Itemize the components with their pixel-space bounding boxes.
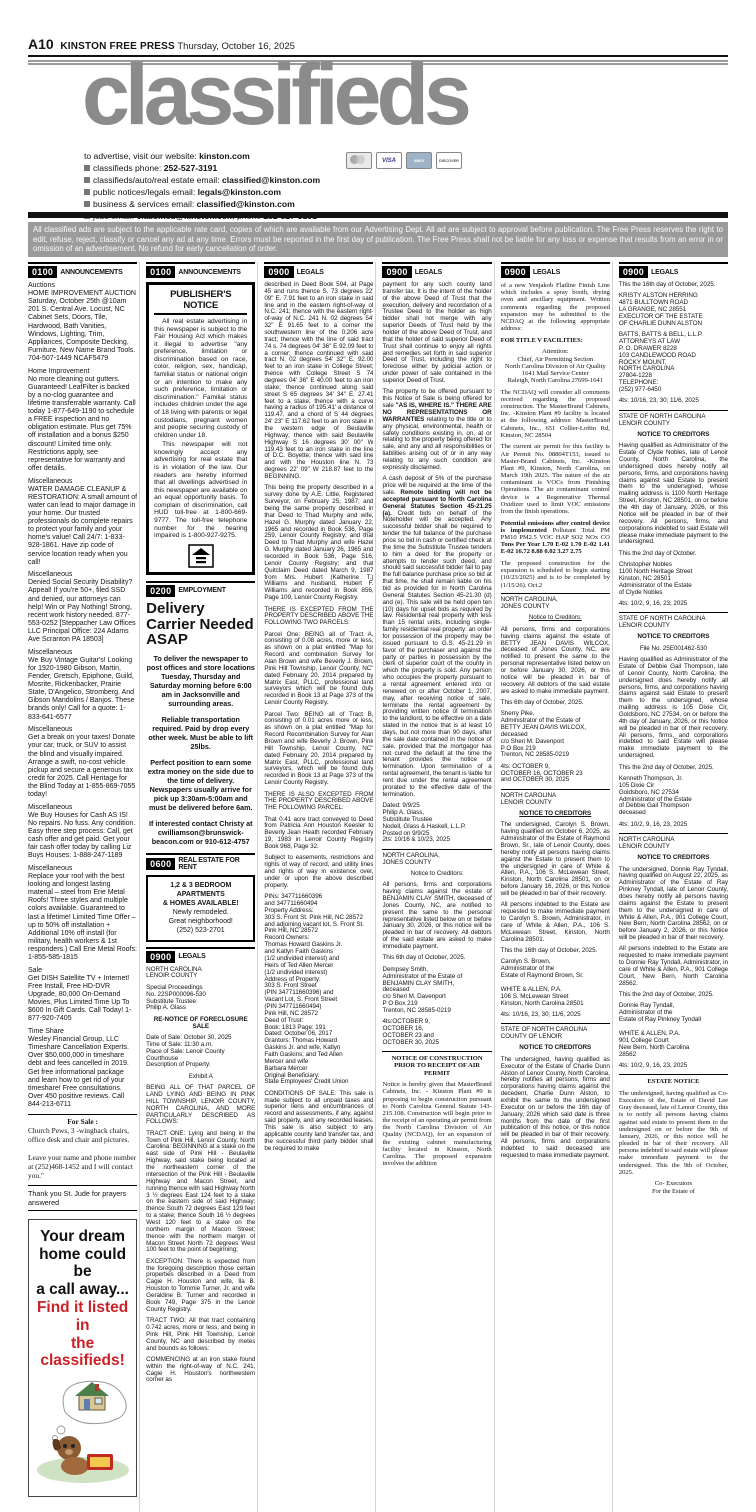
legal-notice-text: STATE OF NORTH CAROLINA LENOIR COUNTY: [619, 410, 728, 428]
section-label: REAL ESTATE FOR RENT: [178, 857, 255, 871]
classifieds-logo: classifieds: [82, 52, 467, 138]
classified-category: Miscellaneous: [28, 726, 137, 734]
classified-category: Auctions: [28, 282, 137, 290]
section-code: 0900: [146, 951, 175, 963]
legal-notice-text: Co- Executors For the Estate of: [619, 1180, 728, 1194]
classified-category: Miscellaneous: [28, 571, 137, 579]
classifieds-columns: 0100ANNOUNCEMENTSAuctionsHOME IMPROVEMEN…: [28, 262, 728, 1512]
divider-bar: [28, 212, 728, 218]
section-header-0100: 0100ANNOUNCEMENTS: [28, 262, 137, 278]
legal-notice-text: Attention: Chief, Air Permitting Section…: [501, 348, 610, 384]
legal-notice-text: TRACT ONE: Lying and being in the Town o…: [146, 1131, 255, 1254]
legal-notice-text: STATE OF NORTH CAROLINA COUNTY OF LENOIR: [501, 1023, 610, 1041]
legal-notice-text: payment for any such county land transfe…: [382, 282, 491, 385]
legal-notice-text: PINs: 347711660396 and 347711660494 Prop…: [264, 894, 373, 1086]
apartments-for-rent-ad: 1,2 & 3 BEDROOM APARTMENTS & HOMES AVAIL…: [146, 875, 255, 942]
classified-body: Get DISH Satellite TV + Internet! Free I…: [28, 975, 137, 1024]
legal-notice-text: ESTATE NOTICE: [619, 1074, 728, 1085]
legal-notice-text: 4ts: 10/16, 23, 30; 11/6, 2025: [501, 1012, 610, 1019]
discover-icon: DISCOVER: [436, 152, 462, 169]
legal-notice-text: BEING ALL OF THAT PARCEL OF LAND LYING A…: [146, 1085, 255, 1126]
column-3: 0900LEGALSdescribed in Deed Book 594, at…: [257, 262, 373, 1512]
amex-icon: AMEX: [406, 152, 432, 169]
legal-notice-text: NORTH CAROLINA LENOIR COUNTY: [619, 833, 728, 851]
legal-notice-text: RE-NOTICE OF FORECLOSURE SALE: [146, 1017, 255, 1031]
section-label: LEGALS: [297, 269, 324, 276]
legal-notice-text: Parcel One: BEING all of Tract A, consis…: [264, 632, 373, 707]
legal-notice-text: KRISTY ALSTON HERRING 4871 BULLTOWN ROAD…: [619, 293, 728, 327]
ad-policy-disclaimer: All classified ads are subject to the ap…: [28, 222, 728, 257]
classified-ad: Time ShareWesley Financial Group, LLC Ti…: [28, 1028, 137, 1109]
classified-ad: MiscellaneousWATER DAMAGE CLEANUP & REST…: [28, 478, 137, 567]
legal-notice-text: of a new Venjakob Flatline Finish Line w…: [501, 282, 610, 332]
legal-notice-text: The undersigned, Donnie Ray Tyndall, hav…: [619, 867, 728, 942]
legal-notice-text: STATE OF NORTH CAROLINA LENOIR COUNTY: [619, 612, 728, 630]
for-sale-title: For Sale :: [28, 1118, 137, 1127]
legal-notice-text: The current air permit for this facility…: [501, 443, 610, 515]
legal-notice-text: Dempsey Smith, Administrator of the Esta…: [382, 967, 491, 1015]
classified-ad: MiscellaneousWe Buy Vintage Guitar's! Lo…: [28, 649, 137, 722]
legal-notice-text: TRACT TWO: All that tract containing 0.7…: [146, 1318, 255, 1352]
section-header-0900: 0900LEGALS: [382, 262, 491, 278]
legal-notice-text: NORTH CAROLINA LENOIR COUNTY: [146, 967, 255, 981]
section-label: EMPLOYMENT: [178, 587, 225, 594]
legal-notice-text: Date of Sale: October 30, 2025 Time of S…: [146, 1035, 255, 1069]
legal-notice-text: This the 16th day of October, 2025.: [501, 948, 610, 955]
section-code: 0900: [264, 266, 293, 278]
dream-home-house-ad: Your dreamhome could bea call away...Fin…: [28, 1219, 137, 1497]
legal-notice-text: All persons indebted to the Estate are r…: [619, 946, 728, 987]
legal-notice-text: This 6th day of October, 2025.: [382, 955, 491, 962]
legal-notice-text: This the 2nd day of October, 2025.: [619, 765, 728, 772]
column-6: 0900LEGALSThis the 16th day of October, …: [612, 262, 728, 1512]
classified-body: We Buy Houses for Cash AS IS! No repairs…: [28, 812, 137, 861]
bullet-icon: [84, 177, 90, 183]
classified-category: Sale: [28, 967, 137, 975]
contact-line: business & services email: classified@ki…: [84, 198, 320, 210]
legal-notice-text: Subject to easements, restrictions and r…: [264, 855, 373, 889]
visa-icon: VISA: [376, 152, 402, 169]
section-code: 0200: [146, 585, 175, 597]
section-header-0900: 0900LEGALS: [501, 262, 610, 278]
section-code: 0900: [382, 266, 411, 278]
classified-ad: AuctionsHOME IMPROVEMENT AUCTION Saturda…: [28, 282, 137, 363]
legal-notice-text: NORTH CAROLINA LENOIR COUNTY: [501, 789, 610, 807]
legal-notice-text: THERE IS ALSO EXCEPTED FROM THE PROPERTY…: [264, 792, 373, 813]
legal-notice-text: BATTS, BATTS & BELL, L.L.P. ATTORNEYS AT…: [619, 332, 728, 394]
legal-notice-text: Notice is hereby given that MasterBrand …: [382, 1081, 491, 1167]
legal-notice-text: All persons, firms and corporations havi…: [501, 627, 610, 696]
classified-category: Time Share: [28, 1028, 137, 1036]
newspaper-page: A10 KINSTON FREE PRESS Thursday, October…: [0, 0, 756, 1512]
column-2: 0100ANNOUNCEMENTSPUBLISHER'S NOTICEAll r…: [139, 262, 255, 1512]
section-header-0900: 0900LEGALS: [146, 947, 255, 963]
legal-notice-text: 4ts: 10/2, 9, 16, 23, 2025: [619, 1063, 728, 1070]
section-label: ANNOUNCEMENTS: [178, 269, 240, 276]
payment-card-icons: VISAAMEXDISCOVER: [346, 152, 462, 169]
classified-body: WATER DAMAGE CLEANUP & RESTORATION: A sm…: [28, 486, 137, 567]
legal-notice-text: NOTICE TO CREDITORS: [501, 1045, 610, 1052]
section-code: 0600: [146, 858, 175, 870]
legal-notice-text: Potential emissions after control device…: [501, 520, 610, 556]
section-label: LEGALS: [415, 269, 442, 276]
classified-ad: MiscellaneousReplace your roof with the …: [28, 865, 137, 962]
legal-notice-text: NORTH CAROLINA, JONES COUNTY: [501, 593, 610, 611]
for-sale-body: Church Pews, 3 -wingback chairs, office …: [28, 1127, 137, 1180]
legal-notice-text: THERE IS EXCEPTED FROM THE PROPERTY DESC…: [264, 607, 373, 628]
legal-notice-text: FOR TITLE V FACILITIES:: [501, 337, 610, 344]
classified-body: We Buy Vintage Guitar's! Looking for 192…: [28, 657, 137, 722]
classified-ad: MiscellaneousDenied Social Security Disa…: [28, 571, 137, 644]
dream-ad-line: Your dream: [33, 1228, 132, 1246]
legal-notice-text: The property to be offered pursuant to t…: [382, 389, 491, 471]
legal-notice-text: 4ts:OCTOBER 9, OCTOBER 16, OCTOBER 23 an…: [382, 1019, 491, 1046]
legal-notice-text: Parcel Two: BEING all of Tract B, consis…: [264, 712, 373, 787]
legal-notice-text: COMMENCING at an iron stake found within…: [146, 1357, 255, 1384]
section-code: 0100: [146, 266, 175, 278]
legal-notice-text: A cash deposit of 5% of the purchase pri…: [382, 476, 491, 798]
legal-notice-text: Donnie Ray Tyndall, Administrator of the…: [619, 1003, 728, 1058]
dream-ad-line: Find it listed in: [33, 1299, 132, 1335]
legal-notice-text: CONDITIONS OF SALE: This sale is made su…: [264, 1091, 373, 1153]
legal-notice-text: NOTICE TO CREDITORS: [619, 634, 728, 641]
classified-body: Replace your roof with the best looking …: [28, 873, 137, 962]
contact-line: public notices/legals email: legals@kins…: [84, 186, 320, 198]
classified-ad: MiscellaneousGet a break on your taxes! …: [28, 726, 137, 799]
legal-notice-text: This the 2nd day of October.: [619, 551, 728, 558]
classified-ad: SaleGet DISH Satellite TV + Internet! Fr…: [28, 967, 137, 1024]
section-label: LEGALS: [178, 953, 205, 960]
legal-notice-text: Special Proceedings No. 22SP000096-530 S…: [146, 985, 255, 1012]
legal-notice-text: Christopher Nobles 1100 North Heritage S…: [619, 562, 728, 596]
legal-notice-text: The undersigned, having qualified as Exe…: [501, 1057, 610, 1160]
legal-notice-text: The undersigned, Carolyn S. Brown, havin…: [501, 822, 610, 897]
legal-notice-text: Notice to Creditors:: [382, 871, 491, 878]
publishers-notice: PUBLISHER'S NOTICEAll real estate advert…: [146, 282, 255, 575]
legal-notice-text: All persons, firms and corporations havi…: [382, 882, 491, 951]
section-label: LEGALS: [533, 269, 560, 276]
classified-body: No more cleaning out gutters. Guaranteed…: [28, 376, 137, 473]
legal-notice-text: Having qualified as Administrator of the…: [619, 443, 728, 546]
legal-notice-text: NOTICE TO CREDITORS: [619, 432, 728, 439]
classified-category: Miscellaneous: [28, 865, 137, 873]
classified-ad: Home ImprovementNo more cleaning out gut…: [28, 368, 137, 473]
legal-notice-text: The proposed construction for the expans…: [501, 560, 610, 589]
dream-ad-line: the classifieds!: [33, 1335, 132, 1371]
equal-housing-icon: [188, 544, 214, 568]
legal-notice-text: described in Deed Book 594, at Page 45 a…: [264, 282, 373, 481]
legal-notice-text: Having qualified as Administrator of the…: [619, 657, 728, 760]
classified-category: Miscellaneous: [28, 649, 137, 657]
legal-notice-text: Notice to Creditors:: [501, 615, 610, 622]
legal-notice-text: Exhibit A: [146, 1074, 255, 1081]
bullet-icon: [84, 201, 90, 207]
legal-notice-text: Carolyn S. Brown, Administrator of the E…: [501, 959, 610, 1007]
contact-line: classifieds phone: 252-527-3191: [84, 162, 320, 174]
legal-notice-text: NOTICE TO CREDITORS: [501, 811, 610, 818]
legal-notice-text: 4ts: 10/2, 9, 16, 23, 2025: [619, 601, 728, 608]
for-sale-ad: For Sale :Church Pews, 3 -wingback chair…: [28, 1114, 137, 1181]
legal-notice-text: All persons indebted to the Estate are r…: [501, 902, 610, 943]
legal-notice-text: This 6th day of October, 2025.: [501, 700, 610, 707]
contact-line: classifieds/auto/real estate email: clas…: [84, 174, 320, 186]
classified-body: HOME IMPROVEMENT AUCTION Saturday, Octob…: [28, 290, 137, 363]
publishers-notice-title: PUBLISHER'S NOTICE: [154, 289, 247, 315]
legal-notice-text: The undersigned, having qualified as Co-…: [619, 1090, 728, 1176]
section-header-0900: 0900LEGALS: [264, 262, 373, 278]
legal-notice-text: 4ts: 10/2, 9, 16, 23, 2025: [619, 822, 728, 829]
section-label: LEGALS: [651, 269, 678, 276]
legal-notice-text: This being the property described in a s…: [264, 485, 373, 602]
classified-category: Miscellaneous: [28, 478, 137, 486]
dog-laptop-cartoon: [35, 1374, 131, 1484]
column-4: 0900LEGALSpayment for any such county la…: [375, 262, 491, 1512]
section-code: 0900: [501, 266, 530, 278]
legal-notice-text: EXCEPTION: There is expected from the fo…: [146, 1259, 255, 1314]
mastercard-icon: [346, 152, 372, 169]
legal-notice-text: This the 2nd day of October, 2025.: [619, 992, 728, 999]
legal-notice-text: 4ts: 10/16, 23, 30; 11/6, 2025: [619, 398, 728, 405]
delivery-carrier-title: Delivery Carrier Needed ASAP: [146, 601, 255, 648]
legal-notice-text: Sherry Pike, Administrator of the Estate…: [501, 711, 610, 759]
dream-ad-line: a call away...: [33, 1281, 132, 1299]
legal-notice-text: NOTICE OF CONSTRUCTION PRIOR TO RECEIPT …: [382, 1051, 491, 1077]
legal-notice-text: This the 16th day of October, 2025.: [619, 282, 728, 289]
classified-category: Home Improvement: [28, 368, 137, 376]
section-header-0200: 0200EMPLOYMENT: [146, 581, 255, 597]
section-code: 0900: [619, 266, 648, 278]
delivery-carrier-ad: Delivery Carrier Needed ASAPTo deliver t…: [146, 601, 255, 846]
section-label: ANNOUNCEMENTS: [60, 269, 122, 276]
column-5: 0900LEGALSof a new Venjakob Flatline Fin…: [494, 262, 610, 1512]
bullet-icon: [84, 165, 90, 171]
page-number: A10: [28, 36, 54, 52]
legal-notice-text: NOTICE TO CREDITORS: [619, 855, 728, 862]
section-header-0900: 0900LEGALS: [619, 262, 728, 278]
dream-ad-line: home could be: [33, 1246, 132, 1282]
classified-body: Denied Social Security Disability? Appea…: [28, 579, 137, 644]
section-header-0100: 0100ANNOUNCEMENTS: [146, 262, 255, 278]
section-code: 0100: [28, 266, 57, 278]
st-jude-thanks: Thank you St. Jude for prayers answered: [28, 1185, 137, 1211]
classified-ad: MiscellaneousWe Buy Houses for Cash AS I…: [28, 804, 137, 861]
contact-line: to advertise, visit our website: kinston…: [84, 150, 320, 162]
section-header-0600: 0600REAL ESTATE FOR RENT: [146, 853, 255, 871]
column-1: 0100ANNOUNCEMENTSAuctionsHOME IMPROVEMEN…: [28, 262, 137, 1512]
legal-notice-text: File No. 25E001462-530: [619, 646, 728, 653]
legal-notice-text: NORTH CAROLINA, JONES COUNTY: [382, 849, 491, 867]
classified-body: Wesley Financial Group, LLC Timeshare Ca…: [28, 1036, 137, 1109]
classified-category: Miscellaneous: [28, 804, 137, 812]
bullet-icon: [84, 189, 90, 195]
legal-notice-text: The NCDAQ will consider all comments rec…: [501, 389, 610, 439]
legal-notice-text: 4ts: OCTOBER 9, OCTOBER 16, OCTOBER 23 a…: [501, 764, 610, 785]
classified-body: Get a break on your taxes! Donate your c…: [28, 734, 137, 799]
legal-notice-text: Dated: 9/9/25 Philip A. Glass, Substitut…: [382, 803, 491, 844]
legal-notice-text: Kenneth Thompson, Jr. 105 Dixie Cir Gold…: [619, 776, 728, 817]
legal-notice-text: That 0.41 acre tract conveyed to Deed fr…: [264, 817, 373, 851]
publishers-notice-body: All real estate advertising in this news…: [154, 318, 247, 540]
